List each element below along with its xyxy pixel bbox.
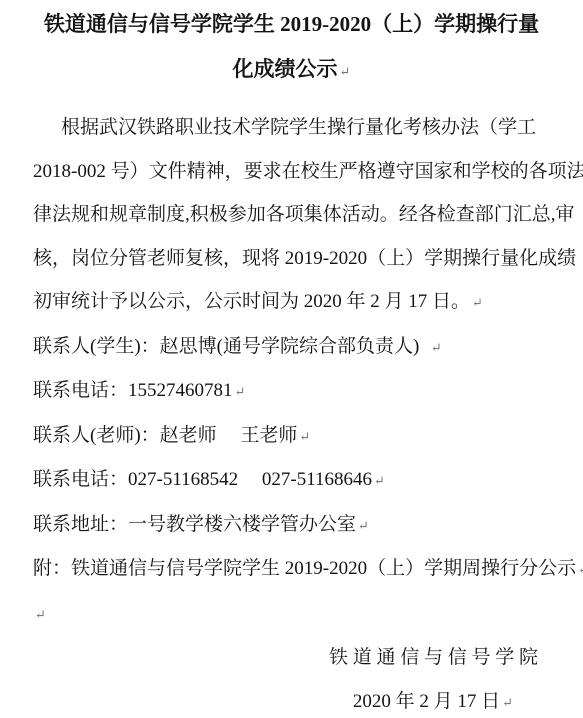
document-page: 铁道通信与信号学院学生 2019-2020（上）学期操行量 化成绩公示↵ 根据武… — [0, 0, 583, 718]
empty-paragraph: ↵ — [33, 592, 573, 637]
title-line-2: 化成绩公示↵ — [0, 47, 583, 94]
document-title: 铁道通信与信号学院学生 2019-2020（上）学期操行量 化成绩公示↵ — [0, 0, 583, 94]
paragraph-mark-icon: ↵ — [299, 429, 310, 444]
document-body: 根据武汉铁路职业技术学院学生操行量化考核办法（学工 2018-002 号）文件精… — [0, 106, 583, 718]
title-line-1: 铁道通信与信号学院学生 2019-2020（上）学期操行量 — [0, 2, 583, 47]
contact-phone-student: 联系电话：15527460781↵ — [33, 369, 573, 414]
contact-phone-teacher: 联系电话：027-51168542 027-51168646↵ — [33, 458, 573, 503]
body-line-5: 初审统计予以公示，公示时间为 2020 年 2 月 17 日。↵ — [33, 280, 573, 325]
date-text: 2020 年 2 月 17 日 — [353, 691, 500, 712]
body-line-1: 根据武汉铁路职业技术学院学生操行量化考核办法（学工 — [33, 106, 573, 150]
contact-address-text: 联系地址：一号教学楼六楼学管办公室 — [33, 514, 356, 535]
attachment-note: 附：铁道通信与信号学院学生 2019-2020（上）学期周操行分公示↵ — [33, 547, 573, 592]
contact-person-student: 联系人(学生)：赵思博(通号学院综合部负责人) ↵ — [33, 325, 573, 370]
body-line-3: 律法规和规章制度,积极参加各项集体活动。经各检查部门汇总,审 — [33, 193, 573, 237]
contact-phone-student-text: 联系电话：15527460781 — [33, 380, 233, 401]
date-line: 2020 年 2 月 17 日↵ — [33, 680, 573, 718]
paragraph-mark-icon: ↵ — [235, 384, 246, 399]
body-line-2: 2018-002 号）文件精神，要求在校生严格遵守国家和学校的各项法 — [33, 150, 573, 194]
title-line-2-text: 化成绩公示 — [233, 57, 338, 81]
contact-person-teacher: 联系人(老师)：赵老师 王老师↵ — [33, 414, 573, 459]
contact-phone-teacher-text: 联系电话：027-51168542 027-51168646 — [33, 469, 372, 490]
body-line-4: 核，岗位分管老师复核，现将 2019-2020（上）学期操行量化成绩 — [33, 237, 573, 281]
contact-person-teacher-text: 联系人(老师)：赵老师 王老师 — [33, 425, 297, 446]
attachment-note-text: 附：铁道通信与信号学院学生 2019-2020（上）学期周操行分公示 — [33, 558, 576, 579]
contact-person-student-text: 联系人(学生)：赵思博(通号学院综合部负责人) — [33, 336, 429, 357]
paragraph-mark-icon: ↵ — [35, 607, 46, 622]
paragraph-mark-icon: ↵ — [502, 695, 513, 710]
paragraph-mark-icon: ↵ — [431, 340, 442, 355]
paragraph-mark-icon: ↵ — [358, 518, 369, 533]
paragraph-mark-icon: ↵ — [472, 295, 483, 310]
signature-line: 铁 道 通 信 与 信 号 学 院 — [33, 636, 573, 680]
paragraph-mark-icon: ↵ — [374, 473, 385, 488]
contact-address: 联系地址：一号教学楼六楼学管办公室↵ — [33, 503, 573, 548]
body-line-5-text: 初审统计予以公示，公示时间为 2020 年 2 月 17 日。 — [33, 291, 470, 312]
paragraph-mark-icon: ↵ — [578, 562, 583, 577]
paragraph-mark-icon: ↵ — [340, 64, 351, 79]
